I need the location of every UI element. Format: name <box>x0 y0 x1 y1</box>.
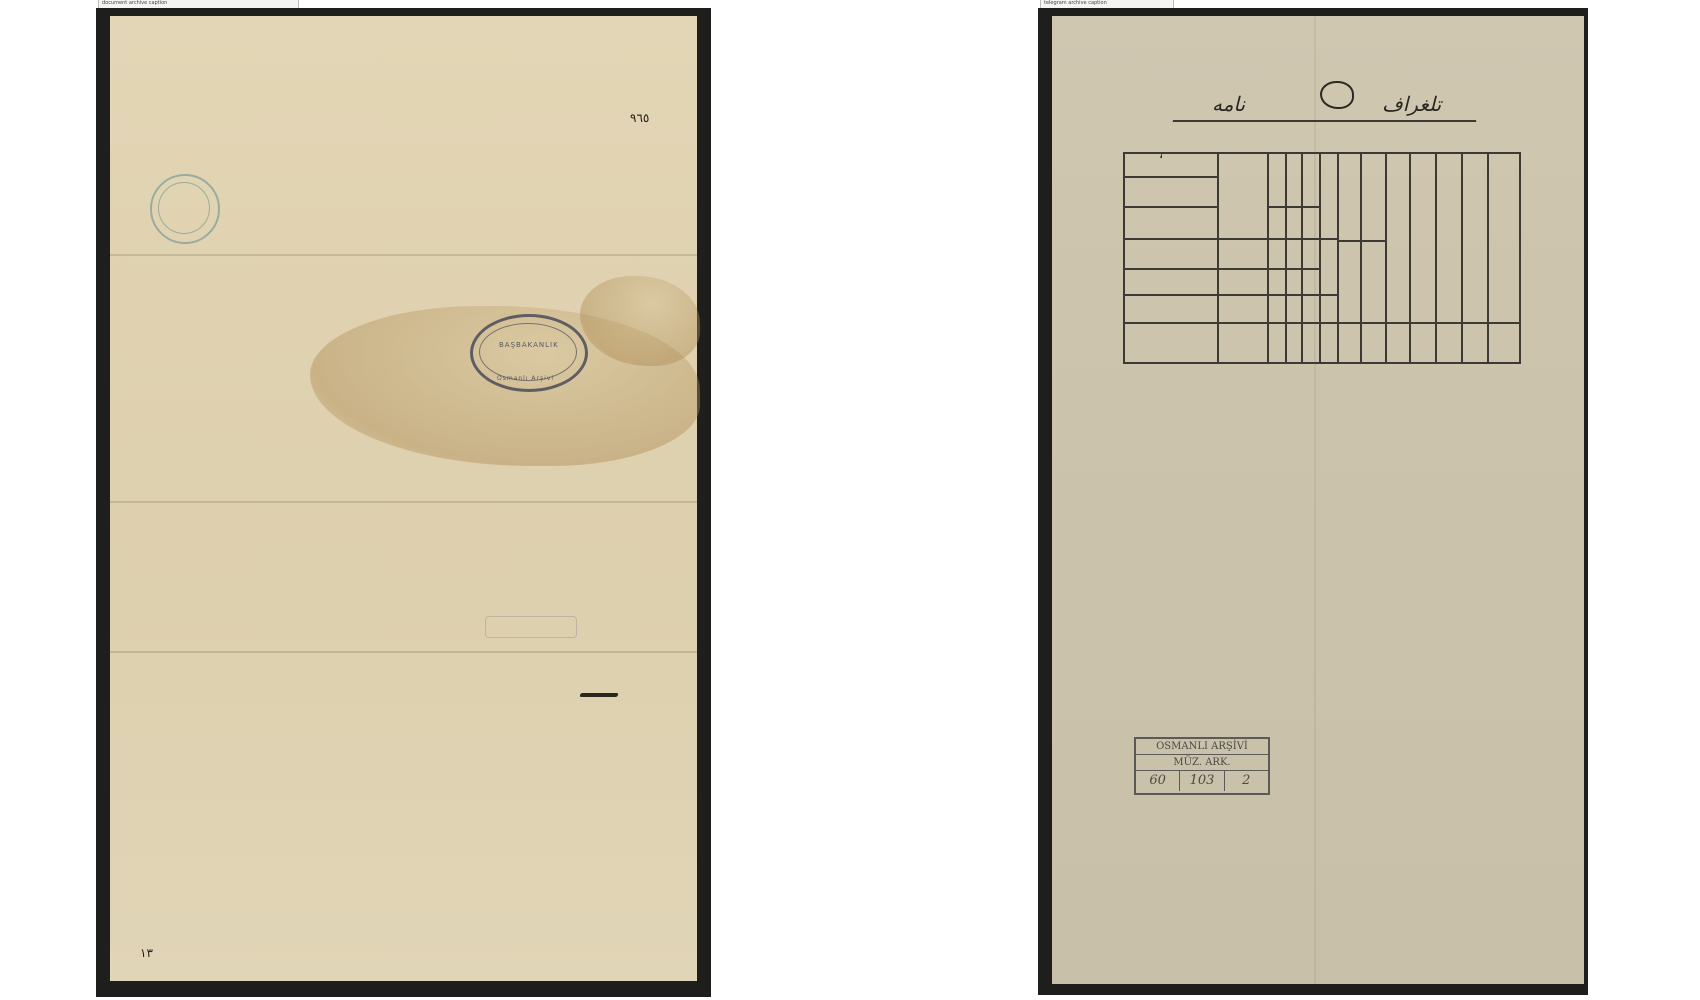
table-column-divider <box>1267 154 1269 362</box>
table-row-divider <box>1125 206 1217 208</box>
table-column-divider <box>1409 154 1411 362</box>
margin-number: ٩٦٥ <box>630 111 649 125</box>
table-column-divider <box>1285 154 1287 362</box>
table-row-divider <box>1125 322 1519 324</box>
fold-line <box>110 501 697 503</box>
handwriting-line <box>1057 464 1582 473</box>
signature-line <box>565 716 595 725</box>
footer-number: ١٣ <box>140 946 153 960</box>
handwriting-line <box>523 58 543 67</box>
handwriting-line <box>120 892 690 901</box>
handwriting-line <box>521 42 541 51</box>
round-seal-inner <box>158 182 210 234</box>
handwriting-line <box>130 726 270 735</box>
handwriting-line <box>125 762 690 771</box>
handwriting-line <box>120 840 690 849</box>
round-seal <box>150 174 220 244</box>
signature-line <box>580 684 625 698</box>
stamp-cell-file: 103 <box>1180 771 1224 791</box>
table-row-divider <box>1125 238 1337 240</box>
table-row-divider <box>1125 176 1217 178</box>
handwriting-line <box>120 866 690 875</box>
right-document-paper: تلغراف نامه OSMANLI ARŞİVİ MÜZ. <box>1052 16 1584 984</box>
handwriting-line <box>112 152 692 161</box>
signature-line <box>565 730 595 739</box>
stamp-cells: 60 103 2 <box>1136 771 1268 791</box>
left-document-paper: ٩٦٥ BAŞBAKANLIK Osmanlı Arşivi ١٣ <box>110 16 697 981</box>
oval-archive-stamp: BAŞBAKANLIK Osmanlı Arşivi <box>470 314 588 392</box>
stamp-cell-fond: 60 <box>1136 771 1180 791</box>
oval-stamp-text: BAŞBAKANLIK <box>499 341 559 349</box>
table-column-divider <box>1337 154 1339 362</box>
telegram-title-right: نامه <box>1212 92 1245 116</box>
signature-line <box>330 224 450 233</box>
table-column-divider <box>1301 154 1303 362</box>
handwriting-line <box>1247 374 1377 383</box>
handwriting-line <box>310 734 470 743</box>
table-column-divider <box>1217 154 1219 362</box>
handwriting-line <box>1147 488 1247 497</box>
signature-line <box>1057 576 1147 585</box>
handwriting-line <box>120 814 690 823</box>
telegram-title-left: تلغراف <box>1382 92 1441 116</box>
handwriting-line <box>112 126 692 135</box>
handwriting-line <box>520 28 542 37</box>
stamp-title: OSMANLI ARŞİVİ <box>1136 739 1268 755</box>
table-column-divider <box>1435 154 1437 362</box>
stamp-subtitle: MÜZ. ARK. <box>1136 755 1268 771</box>
table-row-divider <box>1267 206 1319 208</box>
table-column-divider <box>1385 154 1387 362</box>
signature-line <box>1082 598 1122 607</box>
tugra-emblem <box>1320 81 1354 109</box>
stamp-cell-page: 2 <box>1225 771 1268 791</box>
osmanli-arsivi-stamp: OSMANLI ARŞİVİ MÜZ. ARK. 60 103 2 <box>1134 737 1270 795</box>
table-row-divider <box>1125 268 1319 270</box>
table-column-divider <box>1360 154 1362 362</box>
table-column-divider <box>1487 154 1489 362</box>
table-column-divider <box>1461 154 1463 362</box>
form-header-text <box>1177 136 1467 145</box>
handwriting-line <box>135 28 255 37</box>
pencil-mark <box>485 616 577 638</box>
handwriting-line <box>1122 540 1182 549</box>
telegram-form-table <box>1123 152 1521 364</box>
handwriting-line <box>265 178 525 187</box>
table-row-divider <box>1337 240 1385 242</box>
oval-stamp-bottom-text: Osmanlı Arşivi <box>497 375 554 382</box>
handwriting-line <box>120 788 690 797</box>
handwriting-line <box>560 28 620 37</box>
handwriting-line <box>120 918 690 927</box>
handwriting-line <box>1057 430 1582 439</box>
fold-line <box>110 651 697 653</box>
oval-archive-stamp-inner <box>479 323 577 381</box>
fold-line <box>110 254 697 256</box>
table-column-divider <box>1319 154 1321 362</box>
table-row-divider <box>1125 294 1337 296</box>
